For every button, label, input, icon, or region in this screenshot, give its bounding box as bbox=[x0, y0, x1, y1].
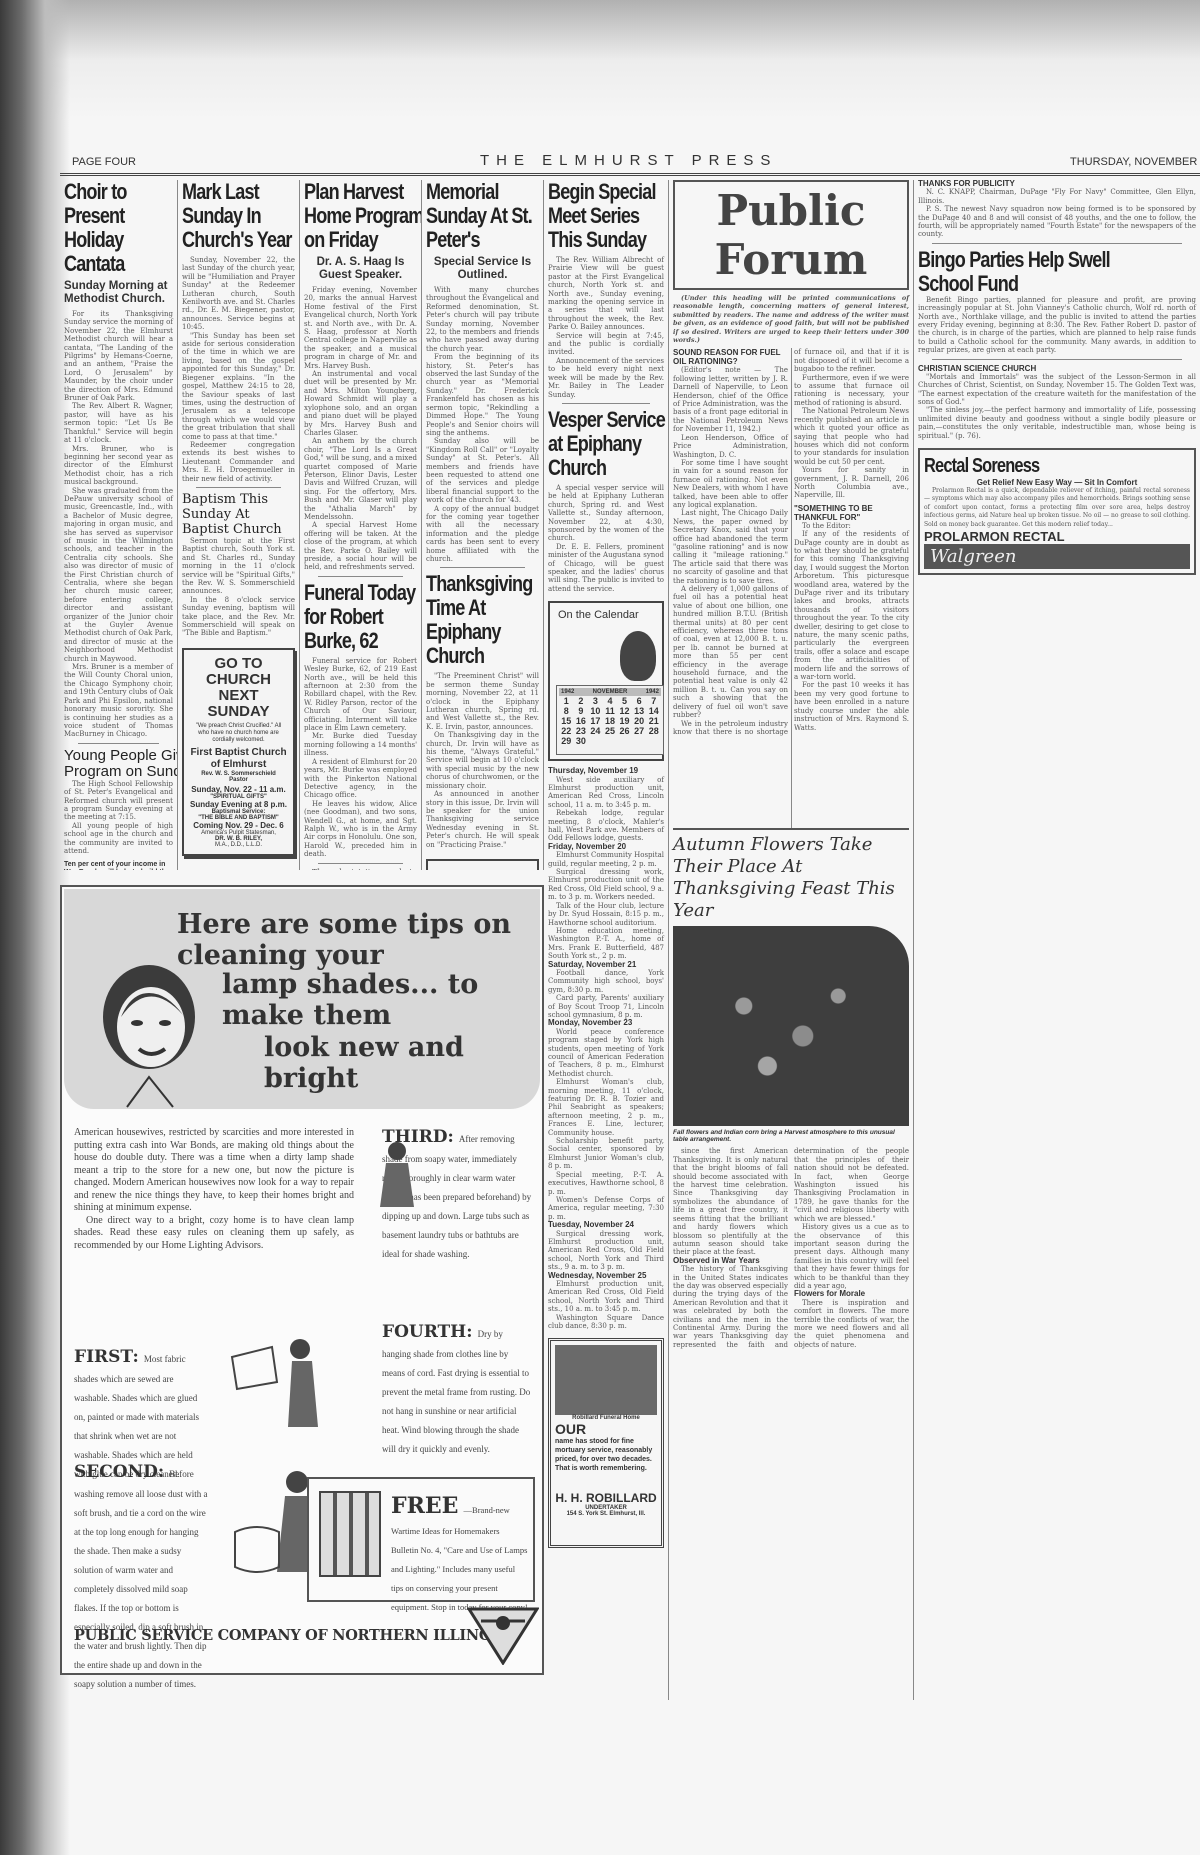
sponsor-triangle-logo bbox=[467, 1607, 539, 1665]
calendar-day: 14 bbox=[646, 706, 661, 716]
article-body-harvest-home: Friday evening, November 20, marks the a… bbox=[304, 286, 417, 572]
funeral-home-illustration bbox=[555, 1345, 657, 1415]
article-body-mark-sunday: Sunday, November 22, the last Sunday of … bbox=[182, 256, 295, 483]
undertaker-name: H. H. ROBILLARD bbox=[555, 1491, 657, 1505]
calendar-day: 27 bbox=[632, 726, 647, 736]
calendar-day: 18 bbox=[603, 716, 618, 726]
calendar-event: Scholarship benefit party, Social center… bbox=[548, 1137, 664, 1171]
article-body-funeral: Funeral service for Robert Wesley Burke,… bbox=[304, 657, 417, 859]
rectal-soreness-ad: Rectal Soreness Get Relief New Easy Way … bbox=[918, 448, 1196, 575]
calendar-day: 29 bbox=[559, 736, 574, 746]
calendar-event: World peace conference program staged by… bbox=[548, 1028, 664, 1078]
calendar-day: 13 bbox=[632, 706, 647, 716]
calendar-day: 20 bbox=[632, 716, 647, 726]
public-forum-letters: SOUND REASON FOR FUEL OIL RATIONING? (Ed… bbox=[673, 348, 909, 828]
calendar-event-day: Monday, November 23 bbox=[548, 1019, 664, 1027]
calendar-event: Washington Square Dance club dance, 8:30… bbox=[548, 1314, 664, 1331]
article-body-thanksgiving-epiphany: "The Preeminent Christ" will be sermon t… bbox=[426, 672, 539, 849]
calendar-day: 24 bbox=[588, 726, 603, 736]
calendar-day: 3 bbox=[588, 696, 603, 706]
calendar-event-day: Friday, November 20 bbox=[548, 843, 664, 851]
calendar-event: Card party, Parents' auxiliary of Boy Sc… bbox=[548, 994, 664, 1019]
newspaper-page: PAGE FOUR THE ELMHURST PRESS THURSDAY, N… bbox=[60, 150, 1200, 1850]
calendar-day: 25 bbox=[603, 726, 618, 736]
calendar-event: Rebekah lodge, regular meeting, 8 o'cloc… bbox=[548, 809, 664, 843]
column-public-forum: Public Forum (Under this heading will be… bbox=[669, 180, 914, 1700]
column-mark-sunday: Mark Last Sunday In Church's Year Sunday… bbox=[178, 180, 300, 870]
public-forum-intro: (Under this heading will be printed comm… bbox=[673, 294, 909, 344]
calendar-event-day: Saturday, November 21 bbox=[548, 961, 664, 969]
calendar-day: 9 bbox=[574, 706, 589, 716]
calendar-day: 30 bbox=[574, 736, 589, 746]
article-body-vesper: A special vesper service will be held at… bbox=[548, 484, 664, 593]
page-label: PAGE FOUR bbox=[72, 156, 136, 168]
michael-kross-ad: MICHAEL KROSS ATTORNEY AT LAW Elmhurst -… bbox=[426, 859, 539, 870]
headline-harvest-home: Plan Harvest Home Program on Friday bbox=[304, 180, 422, 252]
headline-autumn-flowers: Autumn Flowers Take Their Place At Thank… bbox=[673, 834, 909, 922]
column-right-edge: THANKS FOR PUBLICITY N. C. KNAPP, Chairm… bbox=[914, 180, 1200, 1700]
headline-special-meet: Begin Special Meet Series This Sunday bbox=[548, 180, 669, 252]
church-name: First Baptist Church of Elmhurst bbox=[190, 747, 287, 771]
free-bulletin-box: FREE —Brand-new Wartime Ideas for Homema… bbox=[307, 1477, 535, 1602]
woman-hanging-shade-illustration bbox=[222, 1327, 332, 1437]
calendar-day: 16 bbox=[574, 716, 589, 726]
calendar-graphic: On the Calendar 1942 NOVEMBER 1942 12345… bbox=[548, 601, 664, 761]
subhead-choir: Sunday Morning at Methodist Church. bbox=[64, 280, 173, 306]
lamp-ad-intro: American housewives, restricted by scarc… bbox=[74, 1127, 354, 1252]
column-harvest-home: Plan Harvest Home Program on Friday Dr. … bbox=[300, 180, 422, 870]
calendar-day: 10 bbox=[588, 706, 603, 716]
attorney-name: MICHAEL KROSS bbox=[432, 869, 533, 870]
headline-vesper: Vesper Service at Epiphany Church bbox=[548, 408, 669, 480]
calendar-event-day: Wednesday, November 25 bbox=[548, 1272, 664, 1280]
column-memorial: Memorial Sunday At St. Peter's Special S… bbox=[422, 180, 544, 870]
turkey-illustration bbox=[620, 631, 656, 681]
war-bonds-note: Ten per cent of your income in War Bonds… bbox=[64, 861, 173, 870]
column-calendar: Begin Special Meet Series This Sunday Th… bbox=[544, 180, 669, 1700]
woman-illustration bbox=[87, 957, 212, 1122]
calendar-day: 22 bbox=[559, 726, 574, 736]
calendar-event: Women's Defense Corps of America, regula… bbox=[548, 1196, 664, 1221]
calendar-event: Home education meeting, Washington P.-T.… bbox=[548, 927, 664, 961]
article-body-memorial: With many churches throughout the Evange… bbox=[426, 286, 539, 563]
lamp-ad-headline-1: Here are some tips on cleaning your bbox=[177, 909, 542, 971]
calendar-days: 1234567891011121314151617181920212223242… bbox=[559, 696, 661, 746]
calendar-event: Football dance, York Community high scho… bbox=[548, 969, 664, 994]
paper-name: THE ELMHURST PRESS bbox=[480, 152, 777, 169]
article-body-baptism: Sermon topic at the First Baptist church… bbox=[182, 537, 295, 638]
calendar-day: 6 bbox=[632, 696, 647, 706]
masthead: PAGE FOUR THE ELMHURST PRESS THURSDAY, N… bbox=[60, 150, 1200, 176]
headline-baptism: Baptism This Sunday At Baptist Church bbox=[182, 492, 295, 537]
calendar-day: 17 bbox=[588, 716, 603, 726]
calendar-day: 2 bbox=[574, 696, 589, 706]
calendar-day: 1 bbox=[559, 696, 574, 706]
autumn-flowers-feature: Autumn Flowers Take Their Place At Thank… bbox=[673, 828, 909, 1349]
sponsor-name: PUBLIC SERVICE COMPANY OF NORTHERN ILLIN… bbox=[74, 1627, 508, 1644]
calendar-event: Elmhurst production unit, American Red C… bbox=[548, 1280, 664, 1314]
calendar-title: On the Calendar bbox=[558, 609, 639, 621]
calendar-day: 5 bbox=[617, 696, 632, 706]
lamp-ad-headline-2: lamp shades... to make them bbox=[222, 969, 542, 1031]
calendar-day: 7 bbox=[646, 696, 661, 706]
calendar-event: Elmhurst Community Hospital guild, regul… bbox=[548, 851, 664, 868]
issue-date: THURSDAY, NOVEMBER 19, 1942 bbox=[1070, 156, 1200, 168]
calendar-event: West side auxiliary of Elmhurst producti… bbox=[548, 776, 664, 810]
subhead-harvest-home: Dr. A. S. Haag Is Guest Speaker. bbox=[304, 256, 417, 282]
public-forum-title: Public Forum bbox=[683, 186, 899, 284]
step-fourth: FOURTH: Dry by hanging shade from clothe… bbox=[382, 1322, 532, 1456]
public-forum-banner: Public Forum bbox=[673, 180, 909, 290]
walgreen-logo: Walgreen bbox=[924, 544, 1190, 569]
calendar-event: Talk of the Hour club, lecture by Dr. Sy… bbox=[548, 902, 664, 927]
calendar-day: 21 bbox=[646, 716, 661, 726]
filler-armor-plate: The electricity used in making a single … bbox=[304, 868, 417, 870]
step-second: SECOND: Before washing remove all loose … bbox=[74, 1462, 209, 1691]
headline-memorial: Memorial Sunday At St. Peter's bbox=[426, 180, 544, 252]
article-body-special-meet: The Rev. William Albrecht of Prairie Vie… bbox=[548, 256, 664, 399]
column-choir: Choir to Present Holiday Cantata Sunday … bbox=[60, 180, 178, 870]
headline-choir: Choir to Present Holiday Cantata bbox=[64, 180, 178, 276]
subhead-memorial: Special Service Is Outlined. bbox=[426, 256, 539, 282]
calendar-day: 8 bbox=[559, 706, 574, 716]
calendar-event-day: Tuesday, November 24 bbox=[548, 1221, 664, 1229]
go-to-church-title: GO TO CHURCH NEXT SUNDAY bbox=[190, 656, 287, 720]
article-body-young-people: The High School Fellowship of St. Peter'… bbox=[64, 780, 173, 856]
calendar-event-day: Thursday, November 19 bbox=[548, 767, 664, 775]
headline-funeral: Funeral Today for Robert Burke, 62 bbox=[304, 581, 422, 653]
calendar-day: 4 bbox=[603, 696, 618, 706]
step-first: FIRST: Most fabric shades which are sewe… bbox=[74, 1347, 209, 1481]
headline-young-people: Young People Giving Program on Sunday bbox=[64, 748, 178, 780]
calendar-month: NOVEMBER bbox=[593, 689, 628, 695]
calendar-day: 19 bbox=[617, 716, 632, 726]
calendar-day: 11 bbox=[603, 706, 618, 716]
article-body-choir: For its Thanksgiving Sunday service the … bbox=[64, 310, 173, 739]
calendar-day: 23 bbox=[574, 726, 589, 736]
bulletin-booklet-icon bbox=[319, 1491, 381, 1577]
calendar-day: 15 bbox=[559, 716, 574, 726]
lamp-shade-ad: Here are some tips on cleaning your lamp… bbox=[60, 885, 544, 1675]
calendar-event: Special meeting, P.-T. A. executives, Ha… bbox=[548, 1171, 664, 1196]
robillard-ad: Robillard Funeral Home OUR name has stoo… bbox=[548, 1338, 664, 1548]
calendar-page: 1942 NOVEMBER 1942 123456789101112131415… bbox=[556, 685, 664, 755]
calendar-events: Thursday, November 19West side auxiliary… bbox=[548, 767, 664, 1330]
go-to-church-ad: GO TO CHURCH NEXT SUNDAY "We preach Chri… bbox=[182, 648, 295, 856]
lamp-ad-headline-3: look new and bright bbox=[264, 1032, 542, 1094]
calendar-day: 12 bbox=[617, 706, 632, 716]
calendar-event: Surgical dressing work, Elmhurst product… bbox=[548, 868, 664, 902]
calendar-day: 28 bbox=[646, 726, 661, 736]
flowers-photo bbox=[673, 926, 909, 1126]
headline-mark-sunday: Mark Last Sunday In Church's Year bbox=[182, 180, 300, 252]
headline-bingo: Bingo Parties Help Swell School Fund bbox=[918, 248, 1164, 296]
calendar-day: 26 bbox=[617, 726, 632, 736]
woman-rinsing-illustration bbox=[362, 1137, 432, 1217]
headline-thanksgiving-epiphany: Thanksgiving Time At Epiphany Church bbox=[426, 572, 544, 668]
calendar-event: Surgical dressing work, Elmhurst product… bbox=[548, 1230, 664, 1272]
calendar-event: Elmhurst Woman's club, morning meeting, … bbox=[548, 1078, 664, 1137]
